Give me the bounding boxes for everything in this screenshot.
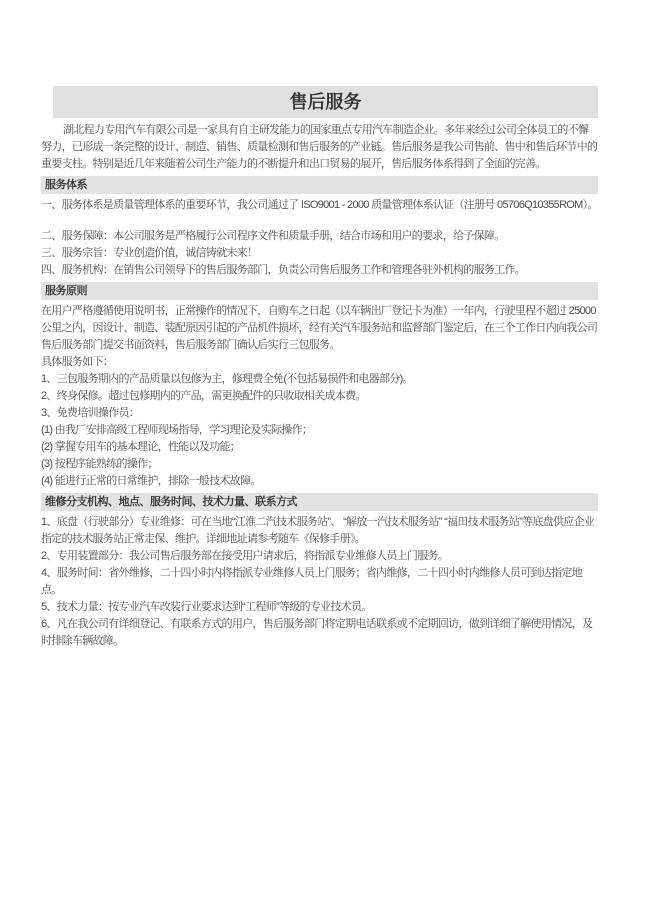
service-system-item-2: 二、服务保障：本公司服务是严格履行公司程序文件和质量手册，结合市场和用户的要求，… bbox=[41, 228, 598, 245]
repair-branches-item-6: 6、凡在我公司有详细登记、有联系方式的用户，售后服务部门将定期电话联系或不定期回… bbox=[41, 616, 598, 650]
service-principles-item-2: 2、终身保修。超过包修期内的产品，需更换配件的只收取相关成本费。 bbox=[41, 388, 598, 405]
page-title: 售后服务 bbox=[53, 86, 598, 118]
repair-branches-item-4: 4、服务时间：省外维修，二十四小时内将指派专业维修人员上门服务；省内维修，二十四… bbox=[41, 565, 598, 599]
service-system-item-1: 一、服务体系是质量管理体系的重要环节，我公司通过了 ISO9001 - 2000… bbox=[41, 197, 598, 214]
intro-paragraph: 湖北程力专用汽车有限公司是一家具有自主研发能力的国家重点专用汽车制造企业。多年来… bbox=[41, 122, 598, 173]
section-heading-service-principles: 服务原则 bbox=[41, 282, 598, 300]
training-sub-item-3: (3) 按程序能熟练的操作； bbox=[41, 456, 598, 473]
repair-branches-item-5: 5、技术力量：按专业汽车改装行业要求达到“工程师”等级的专业技术员。 bbox=[41, 599, 598, 616]
document-page: 售后服务 湖北程力专用汽车有限公司是一家具有自主研发能力的国家重点专用汽车制造企… bbox=[41, 0, 598, 650]
blank-line bbox=[41, 214, 598, 228]
section-heading-service-system: 服务体系 bbox=[41, 176, 598, 194]
training-sub-item-4: (4) 能进行正常的日常维护，排除一般技术故障。 bbox=[41, 473, 598, 490]
service-principles-paragraph: 在用户严格遵循使用说明书，正常操作的情况下，自购车之日起（以车辆出厂登记卡为准）… bbox=[41, 303, 598, 354]
section-heading-repair-branches: 维修分支机构、地点、服务时间、技术力量、联系方式 bbox=[41, 493, 598, 511]
repair-branches-item-2: 2、专用装置部分：我公司售后服务部在接受用户请求后，将指派专业维修人员上门服务。 bbox=[41, 548, 598, 565]
service-principles-item-1: 1、三包服务期内的产品质量以包修为主，修理费全免(不包括易损件和电器部分)。 bbox=[41, 371, 598, 388]
service-principles-item-3: 3、免费培训操作员： bbox=[41, 405, 598, 422]
training-sub-item-1: (1) 由我厂安排高级工程师现场指导，学习理论及实际操作； bbox=[41, 422, 598, 439]
service-system-item-3: 三、服务宗旨：专业创造价值，诚信铸就未来！ bbox=[41, 245, 598, 262]
service-principles-subheading: 具体服务如下： bbox=[41, 354, 598, 371]
service-system-item-4: 四、服务机构：在销售公司领导下的售后服务部门，负责公司售后服务工作和管理各驻外机… bbox=[41, 262, 598, 279]
repair-branches-item-1: 1、底盘（行驶部分）专业维修：可在当地“江淮二汽技术服务站”、 “解放一汽技术服… bbox=[41, 514, 598, 548]
training-sub-item-2: (2) 掌握专用车的基本理论，性能以及功能； bbox=[41, 439, 598, 456]
